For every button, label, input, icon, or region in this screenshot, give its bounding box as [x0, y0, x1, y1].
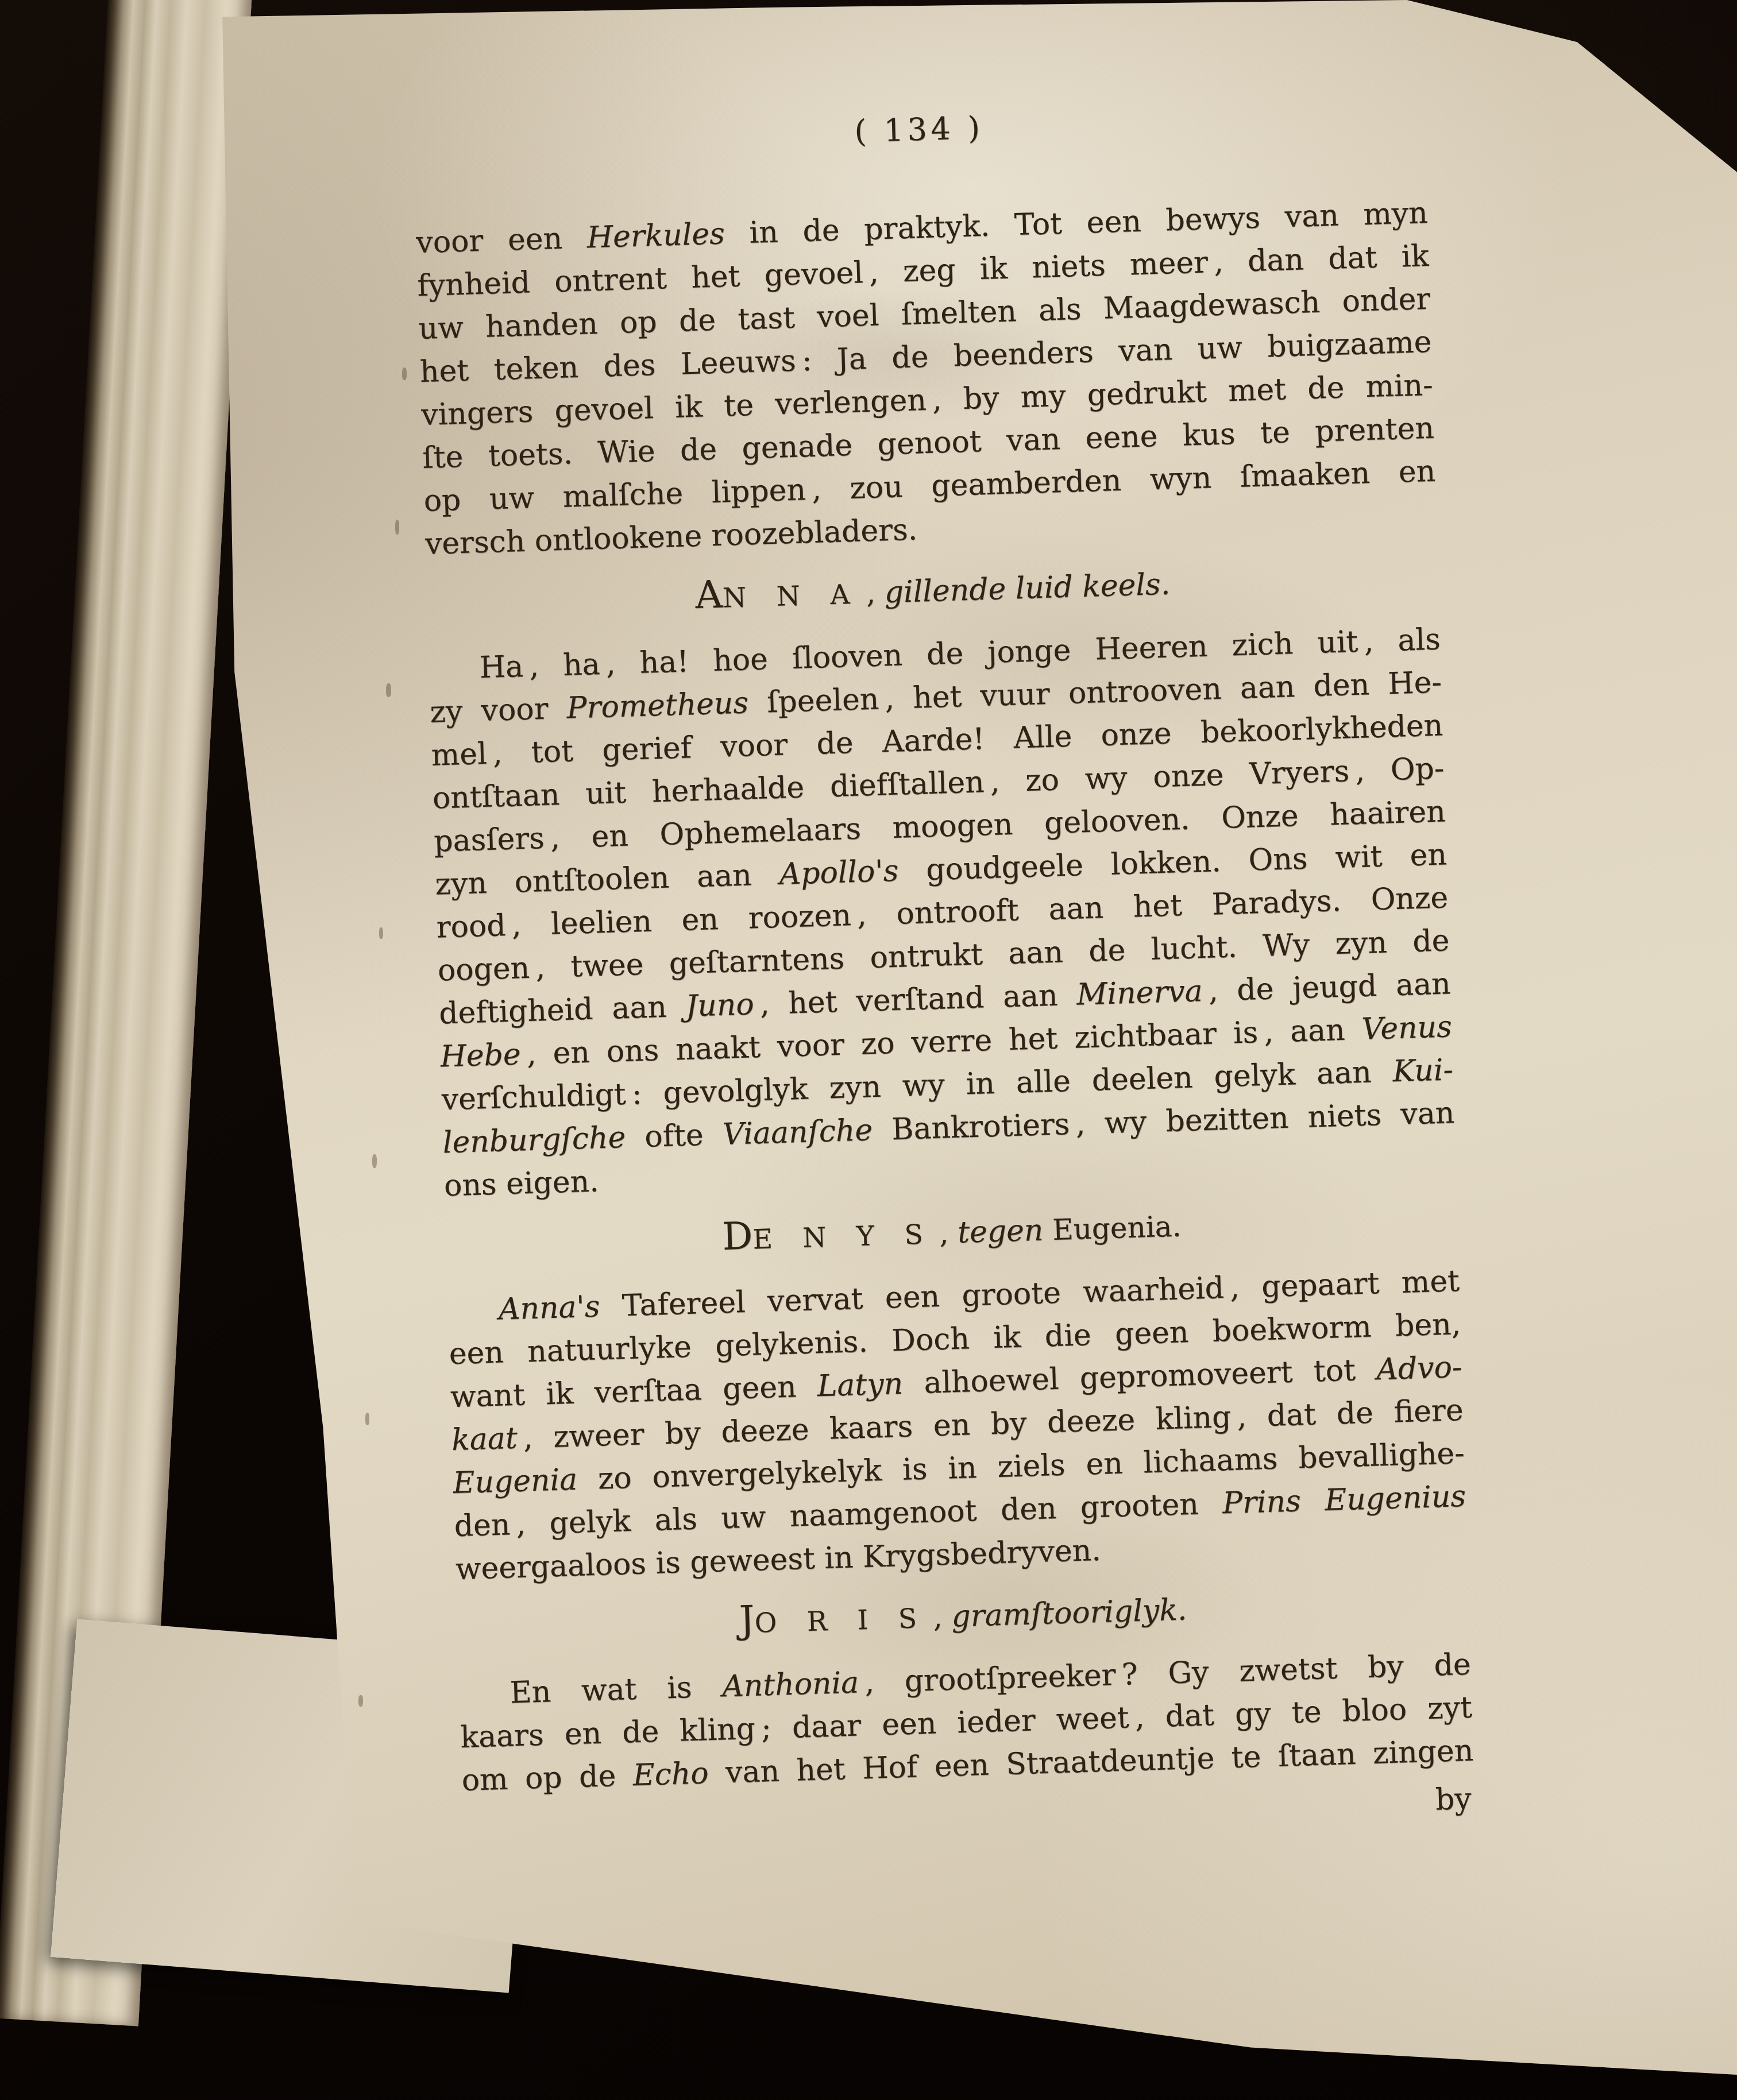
- italic-text-segment: Herkules: [586, 216, 725, 255]
- text-segment: E N Y S: [752, 1219, 935, 1255]
- ink-speck: [372, 1154, 377, 1168]
- italic-text-segment: Anna's: [498, 1289, 600, 1326]
- text-segment: A: [694, 573, 723, 617]
- italic-text-segment: Echo: [632, 1756, 709, 1793]
- text-segment: zyn ontſtoolen aan: [435, 857, 780, 902]
- text-segment: Eugenia.: [1043, 1209, 1182, 1247]
- paragraph: Ha , ha , ha! hoe ſlooven de jonge Heere…: [428, 618, 1456, 1208]
- italic-text-segment: Apollo's: [779, 854, 899, 892]
- italic-text-segment: tegen: [957, 1213, 1044, 1250]
- italic-text-segment: Advo-: [1376, 1350, 1462, 1387]
- text-segment: N N A: [722, 578, 861, 614]
- text-segment: ,: [860, 576, 885, 610]
- italic-text-segment: Prometheus: [566, 686, 749, 725]
- ink-speck: [402, 368, 407, 380]
- italic-text-segment: Eugenia: [453, 1463, 578, 1500]
- text-segment: , het verſtand aan: [754, 978, 1077, 1022]
- text-segment: ,: [933, 1216, 958, 1250]
- text-segment: En wat is: [509, 1669, 723, 1710]
- italic-text-segment: gillende luid keels.: [884, 567, 1171, 610]
- text-segment: ,: [927, 1600, 952, 1634]
- text-segment: zy voor: [430, 691, 568, 730]
- italic-text-segment: Anthonia: [721, 1665, 859, 1704]
- paragraph: voor een Herkules in de praktyk. Tot een…: [415, 192, 1437, 566]
- paragraph: Anna's Tafereel vervat een groote waarhe…: [447, 1260, 1468, 1591]
- italic-text-segment: Kui-: [1392, 1053, 1454, 1089]
- italic-text-segment: kaat: [451, 1421, 518, 1457]
- text-segment: want ik verſtaa geen: [450, 1369, 818, 1414]
- text-segment: deftigheid aan: [438, 989, 686, 1031]
- italic-text-segment: Latyn: [817, 1367, 904, 1403]
- ink-speck: [379, 927, 383, 939]
- italic-text-segment: Viaanſche: [722, 1113, 873, 1152]
- italic-text-segment: Prins Eugenius: [1222, 1479, 1466, 1521]
- italic-text-segment: Hebe: [440, 1037, 522, 1074]
- page-text: voor een Herkules in de praktyk. Tot een…: [415, 192, 1474, 1803]
- italic-text-segment: Minerva: [1076, 974, 1203, 1012]
- italic-text-segment: gramſtooriglyk.: [951, 1592, 1188, 1634]
- italic-text-segment: Juno: [685, 987, 755, 1024]
- text-segment: J: [739, 1598, 755, 1642]
- text-segment: D: [721, 1213, 753, 1259]
- text-segment: , de jeugd aan: [1202, 966, 1452, 1008]
- text-segment: ofte: [625, 1117, 723, 1155]
- text-segment: O R I S: [754, 1603, 928, 1639]
- page-text-column: ( 134 ) voor een Herkules in de praktyk.…: [412, 98, 1475, 1846]
- ink-speck: [395, 520, 399, 535]
- italic-text-segment: Venus: [1361, 1010, 1453, 1047]
- ink-speck: [365, 1413, 369, 1425]
- italic-text-segment: lenburgſche: [442, 1120, 626, 1160]
- paragraph: En wat is Anthonia , grootſpreeker ? Gy …: [458, 1643, 1474, 1803]
- book-photo: ( 134 ) voor een Herkules in de praktyk.…: [0, 0, 1737, 2100]
- text-segment: om op de: [461, 1758, 634, 1798]
- text-segment: ons eigen.: [443, 1164, 599, 1203]
- ink-speck: [386, 683, 391, 697]
- text-segment: voor een: [415, 221, 587, 260]
- ink-speck: [358, 1695, 363, 1707]
